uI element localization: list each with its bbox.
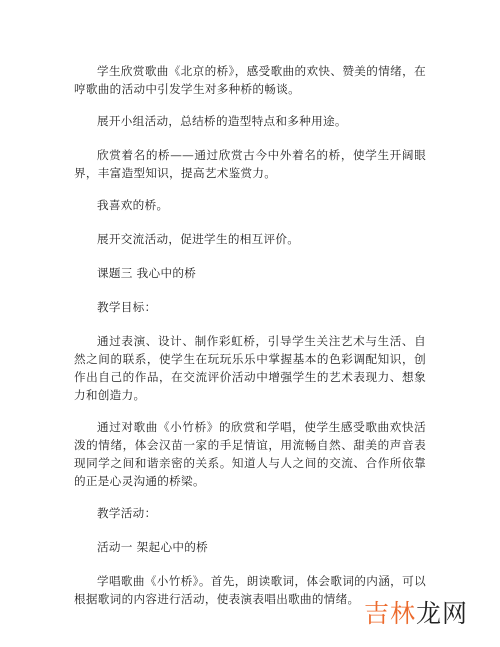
paragraph: 通过表演、设计、制作彩虹桥，引导学生关注艺术与生活、自然之间的联系，使学生在玩玩… (74, 332, 426, 404)
watermark-part2: 龙网 (416, 599, 468, 628)
section-heading: 课题三 我心中的桥 (74, 264, 426, 282)
watermark-logo: 吉林龙网 (364, 594, 468, 630)
activity-heading: 活动一 架起心中的桥 (74, 538, 426, 556)
paragraph: 我喜欢的桥。 (74, 196, 426, 214)
subheading-teaching-activities: 教学活动： (74, 504, 426, 522)
paragraph: 展开交流活动，促进学生的相互评价。 (74, 230, 426, 248)
document-body: 学生欣赏歌曲《北京的桥》，感受歌曲的欢快、赞美的情绪，在哼歌曲的活动中引发学生对… (74, 62, 426, 622)
paragraph: 通过对歌曲《小竹桥》的欣赏和学唱，使学生感受歌曲欢快活泼的情绪，体会汉苗一家的手… (74, 418, 426, 490)
paragraph: 学生欣赏歌曲《北京的桥》，感受歌曲的欢快、赞美的情绪，在哼歌曲的活动中引发学生对… (74, 62, 426, 98)
paragraph: 展开小组活动，总结桥的造型特点和多种用途。 (74, 112, 426, 130)
paragraph: 欣赏着名的桥——通过欣赏古今中外着名的桥，使学生开阔眼界，丰富造型知识，提高艺术… (74, 146, 426, 182)
watermark-part1: 吉林 (364, 599, 416, 628)
subheading-teaching-goals: 教学目标： (74, 298, 426, 316)
